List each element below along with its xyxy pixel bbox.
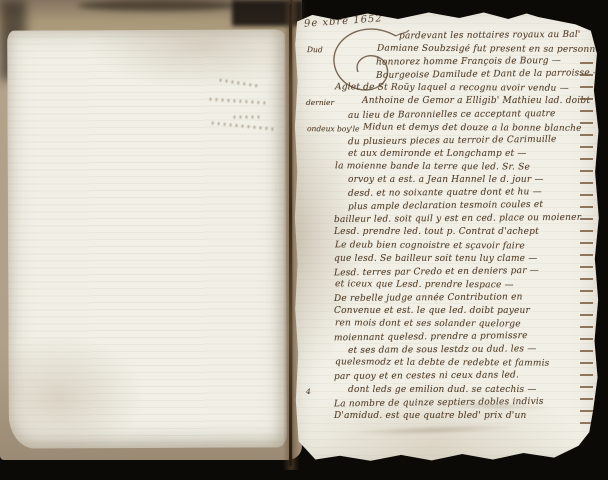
line-text: dont leds ge emilion dud. se catechis — bbox=[348, 385, 537, 395]
line-text: pardevant les nottaires royaux au Bal' bbox=[399, 30, 581, 42]
line-text: Anthoine de Gemor a Elligib' Mathieu lad… bbox=[362, 96, 590, 106]
line-text: Bourgeoise Damilude et Dant de la parroi… bbox=[376, 68, 602, 81]
line-text: Lesd. terres par Credo et en deniers par… bbox=[334, 266, 539, 279]
line-text: desd. et no soixante quatre dont et hu — bbox=[348, 187, 542, 199]
manuscript-line: dernier Anthoine de Gemor a Elligib' Mat… bbox=[304, 95, 592, 108]
line-text: honnorez homme François de Bourg — bbox=[376, 56, 561, 68]
manuscript-line: Convenue et est. le que led. doibt payeu… bbox=[304, 305, 592, 318]
right-page-manuscript: 9e xbre 1652 pardevant les nottaires roy… bbox=[294, 8, 600, 464]
manuscript-line: Le deub bien cognoistre et sçavoir faire bbox=[305, 239, 593, 254]
line-text: De rebelle judge année Contribution en bbox=[334, 292, 523, 304]
line-text: ren mois dont et ses solander quelorge bbox=[335, 318, 521, 329]
line-text: bailleur led. soit quil y est en ced. pl… bbox=[334, 213, 581, 225]
manuscript-line: 4 dont leds ge emilion dud. se catechis … bbox=[304, 384, 592, 397]
line-text: au lieu de Baronnielles ce acceptant qua… bbox=[348, 109, 556, 121]
bleed-speck bbox=[212, 121, 274, 130]
bleed-speck bbox=[233, 116, 259, 119]
manuscript-line: bailleur led. soit quil y est en ced. pl… bbox=[304, 212, 592, 228]
line-text: Le deub bien cognoistre et sçavoir faire bbox=[335, 240, 525, 251]
bleed-speck bbox=[209, 98, 267, 105]
line-text: quelesmodz et la debte de redebte et fam… bbox=[335, 358, 550, 369]
manuscript-line: la moienne bande la terre que led. Sr. S… bbox=[305, 160, 593, 175]
margin-note: 4 bbox=[306, 385, 311, 398]
line-text: par quoy et en cestes ni ceux dans led. bbox=[334, 371, 519, 383]
fore-edge-page-ticks bbox=[580, 52, 593, 430]
manuscript-scan: 9e xbre 1652 pardevant les nottaires roy… bbox=[0, 0, 608, 480]
line-text: et ses dam de sous lestdz ou dud. les — bbox=[348, 344, 537, 356]
line-text: moiennant quelesd. prendre a promissre bbox=[334, 331, 528, 343]
line-text: Damiane Soubzsigé fut present en sa pers… bbox=[377, 44, 601, 55]
left-page-blank bbox=[7, 29, 287, 448]
line-text: Midun et demys det douze a la bonne blan… bbox=[363, 122, 582, 133]
bleed-speck bbox=[219, 79, 259, 88]
line-text: orvoy et a est. a Jean Hannel le d. jour… bbox=[348, 175, 544, 185]
manuscript-line: Lesd. prendre led. tout p. Contrat d'ach… bbox=[304, 226, 592, 239]
line-text: Convenue et est. le que led. doibt payeu… bbox=[334, 306, 530, 316]
margin-note: Dud bbox=[307, 43, 323, 56]
manuscript-text-block: pardevant les nottaires royaux au Bal' D… bbox=[304, 30, 592, 423]
margin-note: ondeux boy'le bbox=[307, 122, 360, 135]
ink-bleedthrough-marks bbox=[7, 29, 287, 448]
gutter-seam-line bbox=[289, 4, 292, 466]
line-text: Aglet de St Roüy laquel a recognu avoir … bbox=[335, 83, 569, 94]
margin-note: dernier bbox=[306, 96, 334, 109]
line-text: et iceux que Lesd. prendre lespace — bbox=[335, 279, 514, 290]
line-text: plus ample declaration tesmoin coules et bbox=[348, 200, 543, 212]
line-text: du plusieurs pieces au terroir de Carimu… bbox=[348, 134, 557, 147]
manuscript-line: De rebelle judge année Contribution en bbox=[304, 291, 592, 307]
line-text: Lesd. prendre led. tout p. Contrat d'ach… bbox=[334, 227, 539, 237]
manuscript-line: par quoy et en cestes ni ceux dans led. bbox=[304, 369, 592, 385]
top-edge-shadow bbox=[78, 0, 238, 11]
manuscript-line: que lesd. Se bailleur soit tenu luy clam… bbox=[304, 253, 592, 266]
line-text: et aux demironde et Longchamp et — bbox=[348, 149, 527, 159]
manuscript-line: et aux demironde et Longchamp et — bbox=[304, 148, 592, 161]
line-text: la moienne bande la terre que led. Sr. S… bbox=[335, 161, 530, 172]
manuscript-line: Aglet de St Roüy laquel a recognu avoir … bbox=[305, 82, 593, 97]
line-text: que lesd. Se bailleur soit tenu luy clam… bbox=[334, 254, 537, 264]
